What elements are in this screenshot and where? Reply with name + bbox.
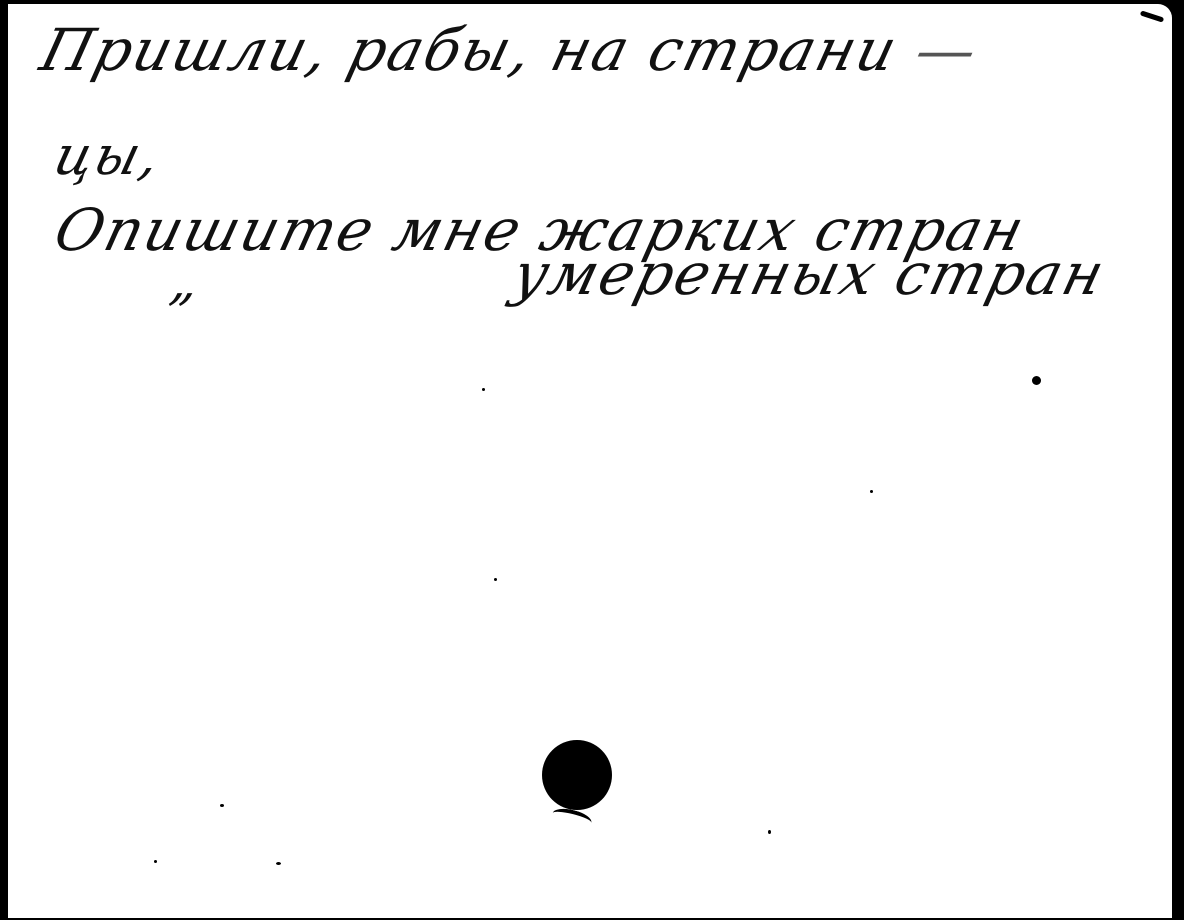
ink-speck — [768, 830, 771, 834]
handwritten-line-4: умеренных стран — [506, 240, 1113, 308]
ink-speck — [276, 862, 281, 865]
punch-hole-mark — [551, 805, 594, 830]
ditto-mark-text: ” — [156, 284, 200, 344]
ink-speck — [1032, 376, 1041, 385]
ditto-mark: ” — [156, 284, 200, 344]
line-2-text: цы, — [48, 124, 169, 187]
punch-hole — [542, 740, 612, 810]
corner-mark — [1140, 10, 1164, 22]
line-1-continuation: — — [909, 16, 986, 84]
ink-speck — [494, 578, 497, 581]
line-1-text: Пришли, рабы, на страни — [34, 16, 905, 84]
handwritten-line-1: Пришли, рабы, на страни — — [34, 16, 986, 84]
ink-speck — [220, 804, 224, 807]
ink-speck — [154, 860, 157, 863]
ink-speck — [482, 388, 485, 391]
index-card: Пришли, рабы, на страни — цы, Опишите мн… — [8, 4, 1172, 918]
ink-speck — [870, 490, 873, 493]
line-4-text: умеренных стран — [506, 240, 1113, 308]
handwritten-line-2: цы, — [48, 124, 169, 187]
